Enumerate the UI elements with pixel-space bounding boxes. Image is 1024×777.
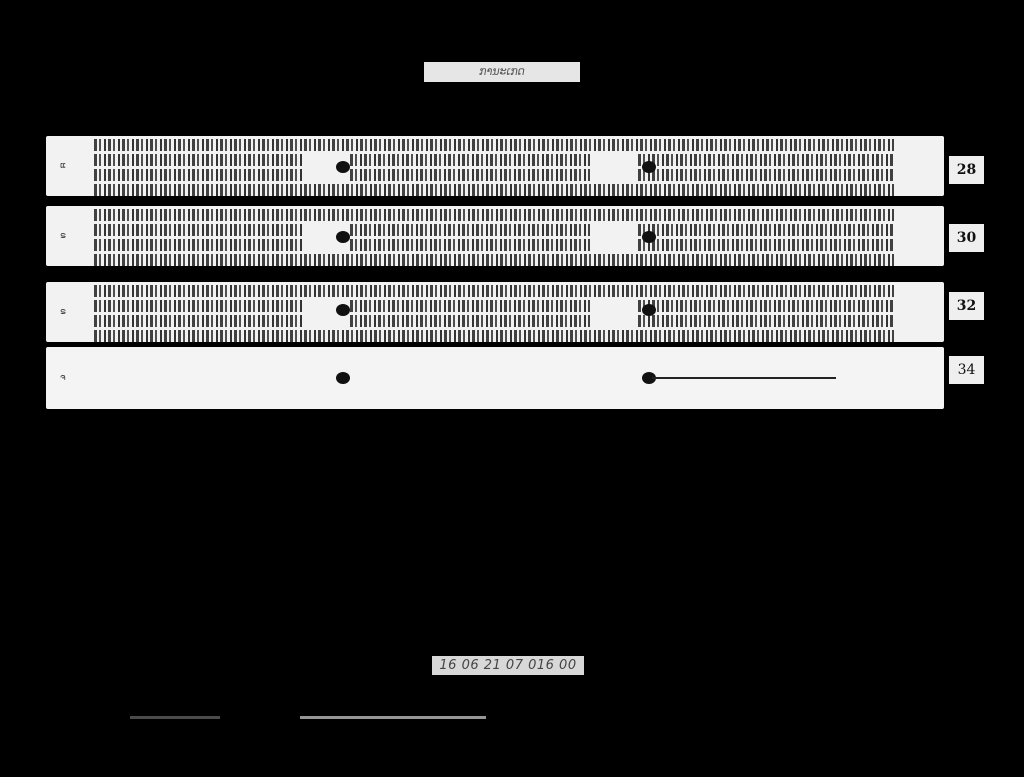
film-edge-mark bbox=[300, 716, 486, 719]
palm-leaf-3: ຣ bbox=[46, 282, 944, 342]
film-edge-mark bbox=[130, 716, 220, 719]
palm-leaf-1: ແ bbox=[46, 136, 944, 196]
palm-leaf-2: ຣ bbox=[46, 206, 944, 266]
manuscript-title-label: ການະເກດ bbox=[424, 62, 580, 82]
page-number-tag: 34 bbox=[949, 356, 984, 384]
leaf-text-block bbox=[94, 139, 894, 193]
page-number-tag: 28 bbox=[949, 156, 984, 184]
binding-string bbox=[652, 377, 836, 379]
leaf-margin-mark: ແ bbox=[60, 161, 66, 171]
page-number-tag: 30 bbox=[949, 224, 984, 252]
binding-hole-right bbox=[642, 304, 656, 316]
binding-hole-left bbox=[336, 161, 350, 173]
leaf-margin-mark: ຈ bbox=[60, 373, 66, 383]
microfilm-reference-code: 16 06 21 07 016 00 bbox=[432, 656, 584, 675]
binding-hole-left bbox=[336, 304, 350, 316]
binding-hole-left bbox=[336, 372, 350, 384]
palm-leaf-4-blank: ຈ bbox=[46, 347, 944, 409]
page-number-tag: 32 bbox=[949, 292, 984, 320]
leaf-margin-mark: ຣ bbox=[60, 307, 66, 317]
binding-hole-right bbox=[642, 231, 656, 243]
leaf-text-block bbox=[94, 209, 894, 263]
binding-hole-right bbox=[642, 161, 656, 173]
binding-hole-left bbox=[336, 231, 350, 243]
leaf-margin-mark: ຣ bbox=[60, 231, 66, 241]
leaf-text-block bbox=[94, 285, 894, 339]
